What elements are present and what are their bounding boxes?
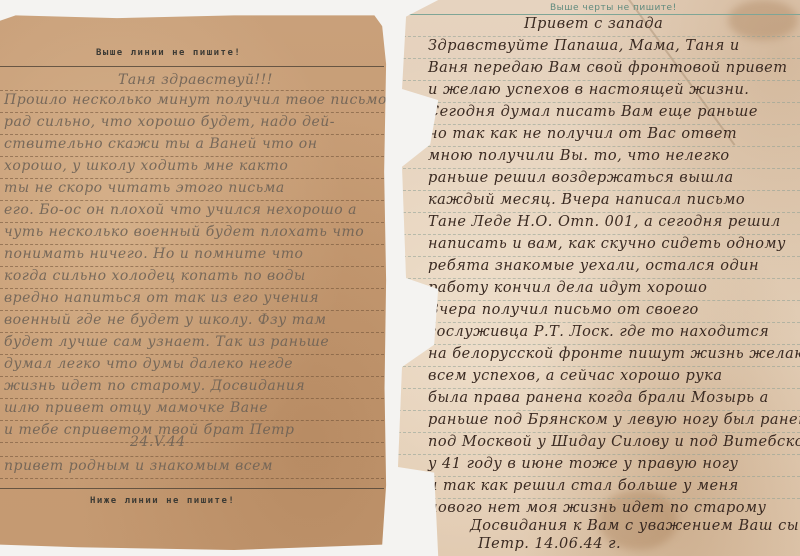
ruled-line (0, 134, 384, 135)
letter-line: ты не скоро читать этого письма (4, 180, 285, 196)
ruled-line (0, 478, 384, 479)
ruled-line (398, 322, 800, 323)
letter-line: Здравствуйте Папаша, Мама, Таня и (428, 38, 740, 54)
letter-line: всем успехов, а сейчас хорошо рука (428, 368, 722, 384)
letter-line: ствительно скажи ты а Ваней что он (4, 136, 317, 152)
letter-line: под Москвой у Шидау Силову и под Витебск… (428, 434, 800, 450)
ruled-line (398, 300, 800, 301)
ruled-line (0, 442, 384, 443)
letter-line: вредно напиться от так из его учения (4, 290, 319, 306)
ruled-line (398, 278, 800, 279)
ruled-line (398, 102, 800, 103)
header-rule (398, 14, 800, 15)
letter-title: Привет с запада (524, 16, 663, 32)
header-printed-notice: Выше черты не пишите! (550, 3, 677, 13)
ruled-line (0, 398, 384, 399)
letter-line: и желаю успехов в настоящей жизни. (428, 82, 749, 98)
footer-printed-notice: Ниже линии не пишите! (90, 496, 235, 506)
ruled-line (0, 310, 384, 311)
ruled-line (398, 234, 800, 235)
ruled-line (398, 366, 800, 367)
letter-line: чуть несколько военный будет плохать что (4, 224, 364, 240)
letter-line: будет лучше сам узнает. Так из раньше (4, 334, 329, 350)
letter-title: Таня здравствуй!!! (118, 72, 273, 88)
letter-line: понимать ничего. Но и помните что (4, 246, 303, 262)
letter-line: на белорусской фронте пишут жизнь желаю (428, 346, 800, 362)
ruled-line (0, 112, 384, 113)
footer-rule (0, 488, 384, 489)
header-printed-notice: Выше линии не пишите! (96, 48, 241, 58)
letter-line: каждый месяц. Вчера написал письмо (428, 192, 745, 208)
letter-line: Сегодня думал писать Вам еще раньше (428, 104, 758, 120)
letter-line: сослуживца Р.Т. Лоск. где то находится (428, 324, 769, 340)
letter-line: и так как решил стал больше у меня (428, 478, 739, 494)
ruled-line (398, 168, 800, 169)
ruled-line (0, 244, 384, 245)
letter-line: Прошло несколько минут получил твое пись… (4, 92, 387, 108)
letter-line: рад сильно, что хорошо будет, надо дей- (4, 114, 335, 130)
ruled-line (0, 90, 384, 91)
letter-line: написать и вам, как скучно сидеть одному (428, 236, 786, 252)
paper-stain (728, 0, 798, 40)
ruled-line (0, 288, 384, 289)
ruled-line (398, 212, 800, 213)
letter-line: хорошо, у школу ходить мне както (4, 158, 288, 174)
letter-line: думал легко что думы далеко негде (4, 356, 293, 372)
ruled-line (398, 432, 800, 433)
ruled-line (0, 266, 384, 267)
ruled-line (398, 476, 800, 477)
ruled-line (398, 344, 800, 345)
letter-line: Ваня передаю Вам свой фронтовой привет (428, 60, 787, 76)
ruled-line (398, 36, 800, 37)
letter-line: военный где не будет у школу. Фзу там (4, 312, 326, 328)
ruled-line (398, 498, 800, 499)
ruled-line (398, 146, 800, 147)
ruled-line (398, 454, 800, 455)
letter-line: когда сильно холодец копать по воды (4, 268, 306, 284)
ruled-line (0, 376, 384, 377)
letter-line: мною получили Вы. то, что нелегко (428, 148, 730, 164)
ruled-line (398, 190, 800, 191)
ruled-line (0, 456, 384, 457)
letter-date: 24.V.44 (130, 434, 186, 450)
ruled-line (398, 388, 800, 389)
ruled-line (398, 58, 800, 59)
ruled-line (0, 178, 384, 179)
ruled-line (0, 200, 384, 201)
ruled-line (398, 256, 800, 257)
header-rule (0, 66, 384, 67)
letter-line: шлю привет отцу мамочке Ване (4, 400, 268, 416)
letter-line: нового нет моя жизнь идет по старому (428, 500, 766, 516)
letter-line: ребята знакомые уехали, остался один (428, 258, 759, 274)
ruled-line (398, 124, 800, 125)
letter-line: раньше решил воздержаться вышла (428, 170, 734, 186)
ruled-line (0, 222, 384, 223)
letter-closing: Досвидания к Вам с уважением Ваш сын (470, 518, 800, 534)
letter-line: его. Бо-ос он плохой что учился нехорошо… (4, 202, 357, 218)
letter-line: Вчера получил письмо от своего (428, 302, 699, 318)
letter-page-right: Выше черты не пишите! Привет с запада Зд… (398, 0, 800, 556)
letter-line: Тане Леде Н.О. Отп. 001, а сегодня решил (428, 214, 781, 230)
letter-line: у 41 году в июне тоже у правую ногу (428, 456, 738, 472)
letter-line: но так как не получил от Вас ответ (428, 126, 737, 142)
letter-line: была права ранена когда брали Мозырь а (428, 390, 769, 406)
letter-page-left: Выше линии не пишите! Таня здравствуй!!!… (0, 10, 390, 550)
letter-line: жизнь идет по старому. Досвидания (4, 378, 305, 394)
letter-line: работу кончил дела идут хорошо (428, 280, 707, 296)
ruled-line (0, 156, 384, 157)
ruled-line (398, 410, 800, 411)
ruled-line (0, 332, 384, 333)
letter-signature: Петр. 14.06.44 г. (478, 536, 621, 552)
ruled-line (398, 80, 800, 81)
ruled-line (0, 354, 384, 355)
letter-postscript: привет родным и знакомым всем (4, 458, 273, 474)
ruled-line (0, 420, 384, 421)
letter-line: раньше под Брянском у левую ногу был ран… (428, 412, 800, 428)
